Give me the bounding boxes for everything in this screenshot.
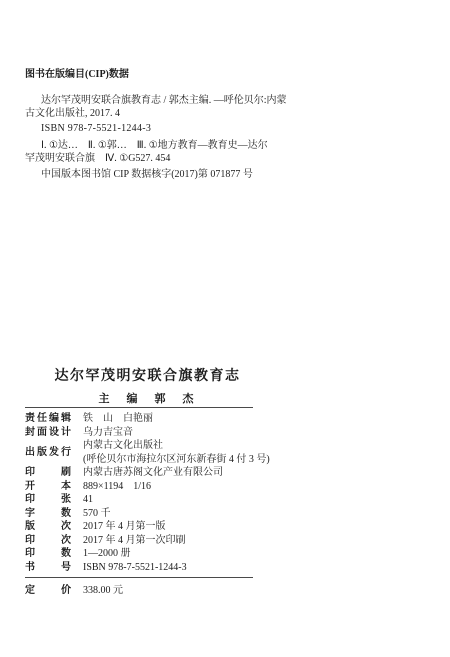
publisher-name: 内蒙古文化出版社 — [83, 439, 270, 453]
colophon-row-print-run: 印数 1—2000 册 — [25, 547, 425, 561]
row-value: 889×1194 1/16 — [83, 480, 151, 494]
cip-record-number: 中国版本图书馆 CIP 数据核字(2017)第 071877 号 — [25, 168, 430, 181]
row-value: 乌力吉宝音 — [83, 426, 133, 440]
cip-description-line2: 古文化出版社, 2017. 4 — [25, 107, 430, 120]
cip-isbn-line: ISBN 978-7-5521-1244-3 — [25, 122, 430, 135]
cip-description-line1: 达尔罕茂明安联合旗教育志 / 郭杰主编. —呼伦贝尔:内蒙 — [25, 94, 430, 107]
cip-heading: 图书在版编目(CIP)数据 — [25, 68, 430, 81]
row-label: 字数 — [25, 507, 71, 521]
colophon-section: 责任编辑 铁 山 白艳丽 封面设计 乌力吉宝音 出版发行 内蒙古文化出版社 (呼… — [25, 412, 425, 574]
row-label: 书号 — [25, 561, 71, 575]
bottom-divider — [25, 577, 253, 578]
colophon-row-edition: 版次 2017 年 4 月第一版 — [25, 520, 425, 534]
title-block: 达尔罕茂明安联合旗教育志 主 编 郭 杰 — [25, 369, 270, 406]
row-label: 封面设计 — [25, 426, 71, 440]
row-label: 印刷 — [25, 466, 71, 480]
price-value: 338.00 元 — [83, 584, 123, 597]
row-value: ISBN 978-7-5521-1244-3 — [83, 561, 187, 575]
cip-classification-line2: 罕茂明安联合旗 Ⅳ. ①G527. 454 — [25, 152, 430, 165]
book-title: 达尔罕茂明安联合旗教育志 — [25, 369, 270, 385]
cip-classification-line1: Ⅰ. ①达… Ⅱ. ①郭… Ⅲ. ①地方教育—教育史—达尔 — [25, 139, 430, 152]
row-label: 印次 — [25, 534, 71, 548]
row-value: 内蒙古唐苏阁文化产业有限公司 — [83, 466, 223, 480]
colophon-row-isbn: 书号 ISBN 978-7-5521-1244-3 — [25, 561, 425, 575]
row-value: 铁 山 白艳丽 — [83, 412, 153, 426]
row-label: 版次 — [25, 520, 71, 534]
colophon-row-cover-design: 封面设计 乌力吉宝音 — [25, 426, 425, 440]
colophon-row-printer: 印刷 内蒙古唐苏阁文化产业有限公司 — [25, 466, 425, 480]
top-divider — [25, 407, 253, 408]
colophon-row-editors: 责任编辑 铁 山 白艳丽 — [25, 412, 425, 426]
colophon-row-publisher: 出版发行 内蒙古文化出版社 (呼伦贝尔市海拉尔区河东新春街 4 付 3 号) — [25, 439, 425, 466]
colophon-row-impression: 印次 2017 年 4 月第一次印刷 — [25, 534, 425, 548]
row-value: 41 — [83, 493, 93, 507]
chief-editor-line: 主 编 郭 杰 — [25, 390, 270, 406]
row-value: 内蒙古文化出版社 (呼伦贝尔市海拉尔区河东新春街 4 付 3 号) — [83, 439, 270, 466]
book-copyright-page: 图书在版编目(CIP)数据 达尔罕茂明安联合旗教育志 / 郭杰主编. —呼伦贝尔… — [0, 0, 450, 657]
row-value: 570 千 — [83, 507, 111, 521]
row-label: 出版发行 — [25, 446, 71, 460]
row-value: 1—2000 册 — [83, 547, 131, 561]
row-label: 印数 — [25, 547, 71, 561]
price-row: 定价 338.00 元 — [25, 584, 123, 597]
row-value: 2017 年 4 月第一版 — [83, 520, 166, 534]
row-value: 2017 年 4 月第一次印刷 — [83, 534, 186, 548]
publisher-address: (呼伦贝尔市海拉尔区河东新春街 4 付 3 号) — [83, 453, 270, 467]
colophon-row-sheets: 印张 41 — [25, 493, 425, 507]
colophon-row-word-count: 字数 570 千 — [25, 507, 425, 521]
row-label: 责任编辑 — [25, 412, 71, 426]
cip-data-section: 图书在版编目(CIP)数据 达尔罕茂明安联合旗教育志 / 郭杰主编. —呼伦贝尔… — [25, 68, 430, 181]
row-label: 印张 — [25, 493, 71, 507]
colophon-row-format: 开本 889×1194 1/16 — [25, 480, 425, 494]
price-label: 定价 — [25, 584, 71, 597]
row-label: 开本 — [25, 480, 71, 494]
